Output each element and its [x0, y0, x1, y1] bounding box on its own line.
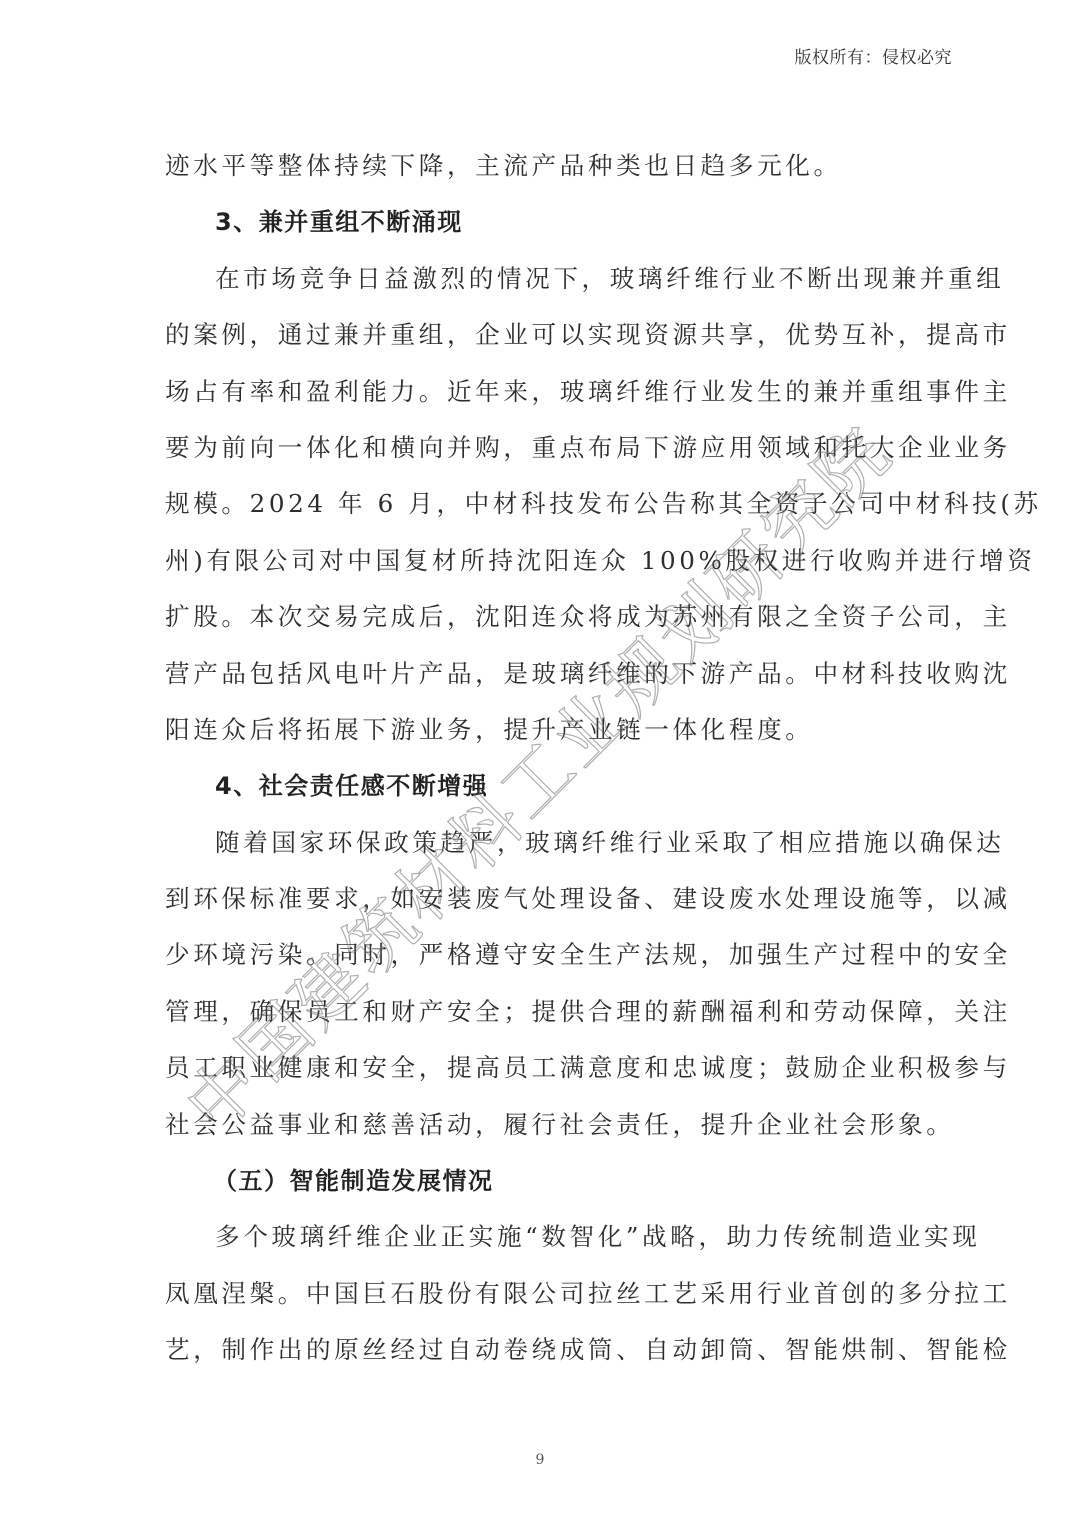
paragraph-line: 阳连众后将拓展下游业务，提升产业链一体化程度。: [165, 702, 915, 758]
document-page: 版权所有：侵权必究 迹水平等整体持续下降，主流产品种类也日趋多元化。 3、兼并重…: [0, 0, 1080, 1527]
paragraph-line: 少环境污染。同时，严格遵守安全生产法规，加强生产过程中的安全: [165, 927, 915, 983]
paragraph-line: 在市场竞争日益激烈的情况下，玻璃纤维行业不断出现兼并重组: [165, 251, 915, 307]
paragraph-line: 扩股。本次交易完成后，沈阳连众将成为苏州有限之全资子公司，主: [165, 589, 915, 645]
paragraph-line: 员工职业健康和安全，提高员工满意度和忠诚度；鼓励企业积极参与: [165, 1040, 915, 1096]
paragraph-line: 随着国家环保政策趋严，玻璃纤维行业采取了相应措施以确保达: [165, 815, 915, 871]
paragraph-line: 艺，制作出的原丝经过自动卷绕成筒、自动卸筒、智能烘制、智能检: [165, 1322, 915, 1378]
paragraph-line: 场占有率和盈利能力。近年来，玻璃纤维行业发生的兼并重组事件主: [165, 364, 915, 420]
paragraph-line: 迹水平等整体持续下降，主流产品种类也日趋多元化。: [165, 138, 915, 194]
paragraph-line: 州)有限公司对中国复材所持沈阳连众 100%股权进行收购并进行增资: [165, 533, 915, 589]
document-body: 迹水平等整体持续下降，主流产品种类也日趋多元化。 3、兼并重组不断涌现 在市场竞…: [165, 138, 915, 1379]
subsection-heading-4: 4、社会责任感不断增强: [165, 758, 915, 814]
page-number: 9: [0, 1452, 1080, 1468]
paragraph-line: 社会公益事业和慈善活动，履行社会责任，提升企业社会形象。: [165, 1097, 915, 1153]
paragraph-line: 的案例，通过兼并重组，企业可以实现资源共享，优势互补，提高市: [165, 307, 915, 363]
subsection-heading-3: 3、兼并重组不断涌现: [165, 194, 915, 250]
paragraph-line: 到环保标准要求，如安装废气处理设备、建设废水处理设施等，以减: [165, 871, 915, 927]
paragraph-line: 凤凰涅槃。中国巨石股份有限公司拉丝工艺采用行业首创的多分拉工: [165, 1266, 915, 1322]
paragraph-line: 多个玻璃纤维企业正实施“数智化”战略，助力传统制造业实现: [165, 1209, 915, 1265]
paragraph-line: 营产品包括风电叶片产品，是玻璃纤维的下游产品。中材科技收购沈: [165, 646, 915, 702]
paragraph-line: 规模。2024 年 6 月，中材科技发布公告称其全资子公司中材科技(苏: [165, 476, 915, 532]
paragraph-line: 管理，确保员工和财产安全；提供合理的薪酬福利和劳动保障，关注: [165, 984, 915, 1040]
paragraph-line: 要为前向一体化和横向并购，重点布局下游应用领域和托大企业业务: [165, 420, 915, 476]
copyright-header: 版权所有：侵权必究: [795, 43, 953, 68]
section-heading-5: （五）智能制造发展情况: [165, 1153, 915, 1209]
